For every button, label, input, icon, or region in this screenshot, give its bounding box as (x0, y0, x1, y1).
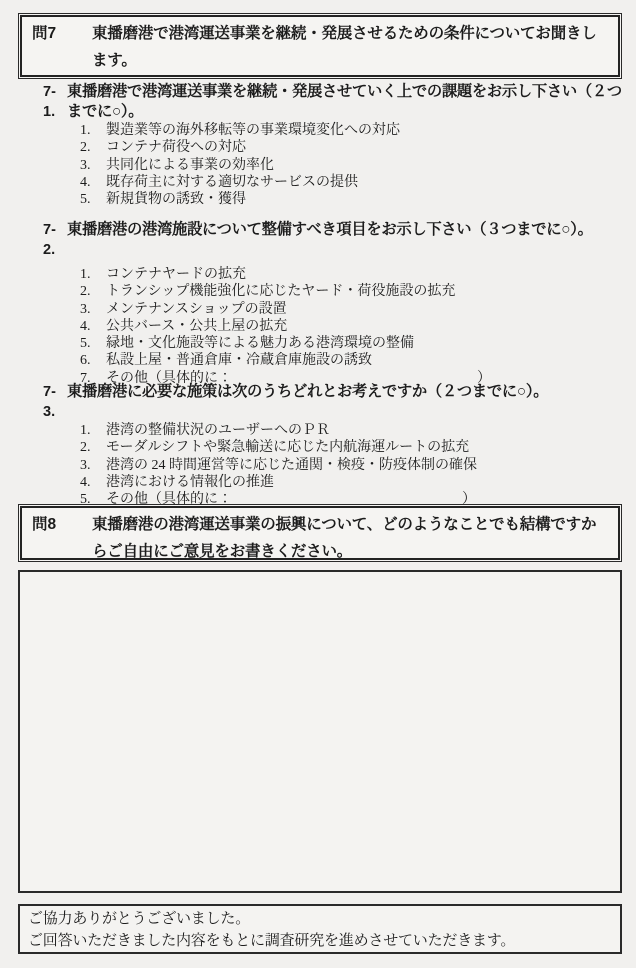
list-item: 1. 港湾の整備状況のユーザーへのＰＲ (80, 422, 622, 439)
question-8-number: 問8 (32, 511, 76, 538)
item-text: トランシップ機能強化に応じたヤード・荷役施設の拡充 (106, 283, 455, 300)
list-item: 3. メンテナンスショップの設置 (80, 301, 622, 318)
item-text: 既存荷主に対する適切なサービスの提供 (106, 174, 358, 191)
item-number: 3. (80, 301, 106, 318)
item-text: 共同化による事業の効率化 (106, 157, 274, 174)
list-item: 6. 私設上屋・普通倉庫・冷蔵倉庫施設の誘致 (80, 352, 622, 369)
subquestion-7-3: 7-3. 東播磨港に必要な施策は次のうちどれとお考えですか（２つまでに○）。 1… (43, 382, 622, 508)
list-item: 2. トランシップ機能強化に応じたヤード・荷役施設の拡充 (80, 283, 622, 300)
item-number: 4. (80, 174, 106, 191)
subquestion-7-1: 7-1. 東播磨港で港湾運送事業を継続・発展させていく上での課題をお示し下さい（… (43, 82, 622, 208)
closing-message-line2: ご回答いただきました内容をもとに調査研究を進めさせていただきます。 (28, 930, 612, 952)
free-response-area (18, 570, 622, 893)
question-7-box: 問7 東播磨港で港湾運送事業を継続・発展させるための条件についてお聞きします。 (18, 13, 622, 79)
list-item: 3. 港湾の 24 時間運営等に応じた通関・検疫・防疫体制の確保 (80, 457, 622, 474)
item-text: 港湾の整備状況のユーザーへのＰＲ (106, 422, 330, 439)
list-item: 3. 共同化による事業の効率化 (80, 157, 622, 174)
subquestion-7-2: 7-2. 東播磨港の港湾施設について整備すべき項目をお示し下さい（３つまでに○）… (43, 220, 622, 387)
item-number: 2. (80, 439, 106, 456)
question-7-box-inner: 問7 東播磨港で港湾運送事業を継続・発展させるための条件についてお聞きします。 (20, 15, 620, 77)
question-7-title: 東播磨港で港湾運送事業を継続・発展させるための条件についてお聞きします。 (92, 20, 608, 74)
subquestion-7-3-heading: 7-3. 東播磨港に必要な施策は次のうちどれとお考えですか（２つまでに○）。 (43, 382, 622, 422)
item-text: 緑地・文化施設等による魅力ある港湾環境の整備 (106, 335, 414, 352)
item-number: 2. (80, 283, 106, 300)
item-number: 4. (80, 474, 106, 491)
subquestion-7-1-number: 7-1. (43, 82, 67, 122)
subquestion-7-3-options: 1. 港湾の整備状況のユーザーへのＰＲ 2. モーダルシフトや緊急輸送に応じた内… (80, 422, 622, 508)
question-8-title: 東播磨港の港湾運送事業の振興について、どのようなことでも結構ですからご自由にご意… (92, 511, 608, 565)
item-text: 新規貨物の誘致・獲得 (106, 191, 246, 208)
subquestion-7-1-heading: 7-1. 東播磨港で港湾運送事業を継続・発展させていく上での課題をお示し下さい（… (43, 82, 622, 122)
item-number: 1. (80, 122, 106, 139)
list-item: 4. 港湾における情報化の推進 (80, 474, 622, 491)
closing-message-line1: ご協力ありがとうございました。 (28, 908, 612, 930)
list-item: 1. 製造業等の海外移転等の事業環境変化への対応 (80, 122, 622, 139)
item-number: 3. (80, 457, 106, 474)
list-item: 5. 緑地・文化施設等による魅力ある港湾環境の整備 (80, 335, 622, 352)
item-text: メンテナンスショップの設置 (106, 301, 287, 318)
item-text: コンテナ荷役への対応 (106, 139, 246, 156)
item-text: 港湾における情報化の推進 (106, 474, 274, 491)
subquestion-7-3-title: 東播磨港に必要な施策は次のうちどれとお考えですか（２つまでに○）。 (67, 382, 622, 402)
question-8-box-inner: 問8 東播磨港の港湾運送事業の振興について、どのようなことでも結構ですからご自由… (20, 506, 620, 560)
subquestion-7-2-title: 東播磨港の港湾施設について整備すべき項目をお示し下さい（３つまでに○）。 (67, 220, 622, 240)
item-text: 港湾の 24 時間運営等に応じた通関・検疫・防疫体制の確保 (106, 457, 477, 474)
subquestion-7-1-options: 1. 製造業等の海外移転等の事業環境変化への対応 2. コンテナ荷役への対応 3… (80, 122, 622, 208)
list-item: 4. 公共バース・公共上屋の拡充 (80, 318, 622, 335)
item-text: コンテナヤードの拡充 (106, 266, 246, 283)
item-number: 3. (80, 157, 106, 174)
item-text: 製造業等の海外移転等の事業環境変化への対応 (106, 122, 400, 139)
list-item: 2. コンテナ荷役への対応 (80, 139, 622, 156)
item-text: モーダルシフトや緊急輸送に応じた内航海運ルートの拡充 (106, 439, 469, 456)
closing-message-box: ご協力ありがとうございました。 ご回答いただきました内容をもとに調査研究を進めさ… (18, 904, 622, 954)
list-item: 2. モーダルシフトや緊急輸送に応じた内航海運ルートの拡充 (80, 439, 622, 456)
subquestion-7-2-heading: 7-2. 東播磨港の港湾施設について整備すべき項目をお示し下さい（３つまでに○）… (43, 220, 622, 260)
question-8-box: 問8 東播磨港の港湾運送事業の振興について、どのようなことでも結構ですからご自由… (18, 504, 622, 562)
subquestion-7-3-number: 7-3. (43, 382, 67, 422)
list-item: 4. 既存荷主に対する適切なサービスの提供 (80, 174, 622, 191)
subquestion-7-2-number: 7-2. (43, 220, 67, 260)
item-number: 4. (80, 318, 106, 335)
item-text: 私設上屋・普通倉庫・冷蔵倉庫施設の誘致 (106, 352, 372, 369)
item-number: 1. (80, 422, 106, 439)
item-number: 5. (80, 191, 106, 208)
subquestion-7-1-title: 東播磨港で港湾運送事業を継続・発展させていく上での課題をお示し下さい（２つまでに… (67, 82, 622, 122)
list-item: 1. コンテナヤードの拡充 (80, 266, 622, 283)
question-7-number: 問7 (32, 20, 76, 47)
item-number: 2. (80, 139, 106, 156)
subquestion-7-2-options: 1. コンテナヤードの拡充 2. トランシップ機能強化に応じたヤード・荷役施設の… (80, 266, 622, 387)
list-item: 5. 新規貨物の誘致・獲得 (80, 191, 622, 208)
scanned-questionnaire-page: 問7 東播磨港で港湾運送事業を継続・発展させるための条件についてお聞きします。 … (0, 0, 636, 968)
item-number: 6. (80, 352, 106, 369)
item-text: 公共バース・公共上屋の拡充 (106, 318, 287, 335)
item-number: 1. (80, 266, 106, 283)
item-number: 5. (80, 335, 106, 352)
